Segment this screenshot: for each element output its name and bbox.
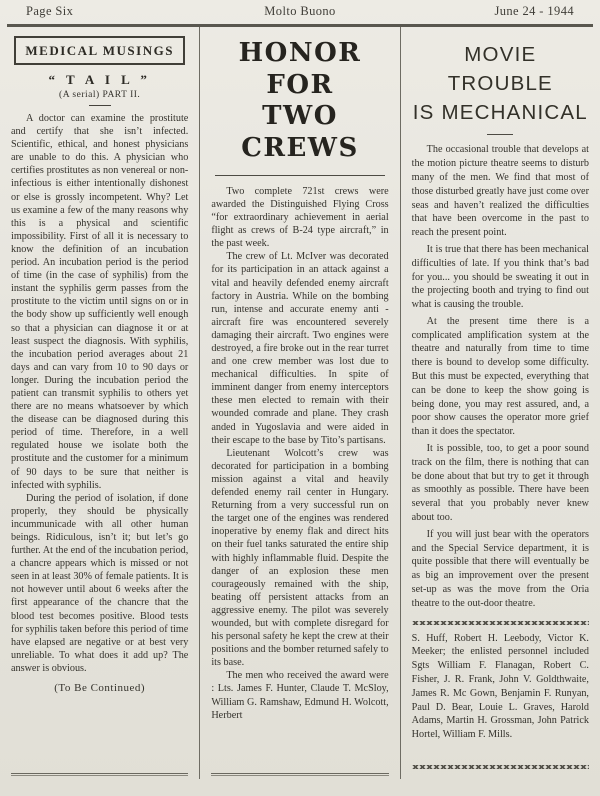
left-column-bottom-rule	[11, 773, 188, 776]
columns-container: MEDICAL MUSINGS “ T A I L ” (A serial) P…	[0, 27, 600, 779]
wavy-section-divider	[412, 621, 589, 625]
middle-column-bottom-rule	[211, 773, 388, 776]
article-paragraph: A doctor can examine the prostitute and …	[11, 112, 188, 492]
honor-headline-line1: HONOR FOR	[239, 38, 362, 100]
page-number-label: Page Six	[26, 4, 73, 19]
to-be-continued-note: (To Be Continued)	[11, 682, 188, 694]
wavy-bottom-divider	[412, 765, 589, 769]
newspaper-page: Page Six Molto Buono June 24 - 1944 MEDI…	[0, 0, 600, 796]
column-movie-trouble: MOVIE TROUBLE IS MECHANICAL The occasion…	[401, 27, 600, 779]
movie-article-body: The occasional trouble that develops at …	[412, 143, 589, 613]
article-paragraph: Two complete 721st crews were awarded th…	[211, 185, 388, 250]
award-names-continuation: S. Huff, Robert H. Leebody, Victor K. Me…	[412, 632, 589, 742]
masthead: Page Six Molto Buono June 24 - 1944	[0, 0, 600, 21]
column-medical-musings: MEDICAL MUSINGS “ T A I L ” (A serial) P…	[0, 27, 200, 779]
serial-title-rule	[89, 105, 111, 106]
article-paragraph: The men who received the award were : Lt…	[211, 669, 388, 721]
honor-headline: HONOR FOR TWO CREWS	[211, 38, 388, 165]
article-paragraph: During the period of isolation, if done …	[11, 492, 188, 675]
movie-headline-line1: MOVIE TROUBLE	[448, 43, 553, 95]
serial-subtitle: (A serial) PART II.	[11, 90, 188, 100]
medical-musings-body: A doctor can examine the prostitute and …	[11, 112, 188, 675]
article-paragraph: It is possible, too, to get a poor sound…	[412, 442, 589, 525]
honor-headline-line2: TWO CREWS	[241, 101, 359, 163]
article-paragraph: If you will just bear with the operators…	[412, 528, 589, 611]
article-paragraph: Lieutenant Wolcott’s crew was decorated …	[211, 447, 388, 670]
serial-title: “ T A I L ”	[11, 72, 188, 88]
honor-headline-rule	[215, 175, 384, 176]
column-honor-for-two-crews: HONOR FOR TWO CREWS Two complete 721st c…	[200, 27, 400, 779]
issue-date: June 24 - 1944	[494, 4, 574, 19]
movie-headline-line2: IS MECHANICAL	[413, 101, 588, 124]
article-paragraph: The crew of Lt. McIver was decorated for…	[211, 250, 388, 446]
honor-article-body: Two complete 721st crews were awarded th…	[211, 185, 388, 722]
movie-headline-rule	[487, 134, 513, 135]
medical-musings-box-title: MEDICAL MUSINGS	[14, 36, 185, 65]
article-paragraph: It is true that there has been mechanica…	[412, 243, 589, 312]
article-paragraph: At the present time there is a complicat…	[412, 315, 589, 439]
movie-headline: MOVIE TROUBLE IS MECHANICAL	[412, 40, 589, 127]
article-paragraph: The occasional trouble that develops at …	[412, 143, 589, 240]
